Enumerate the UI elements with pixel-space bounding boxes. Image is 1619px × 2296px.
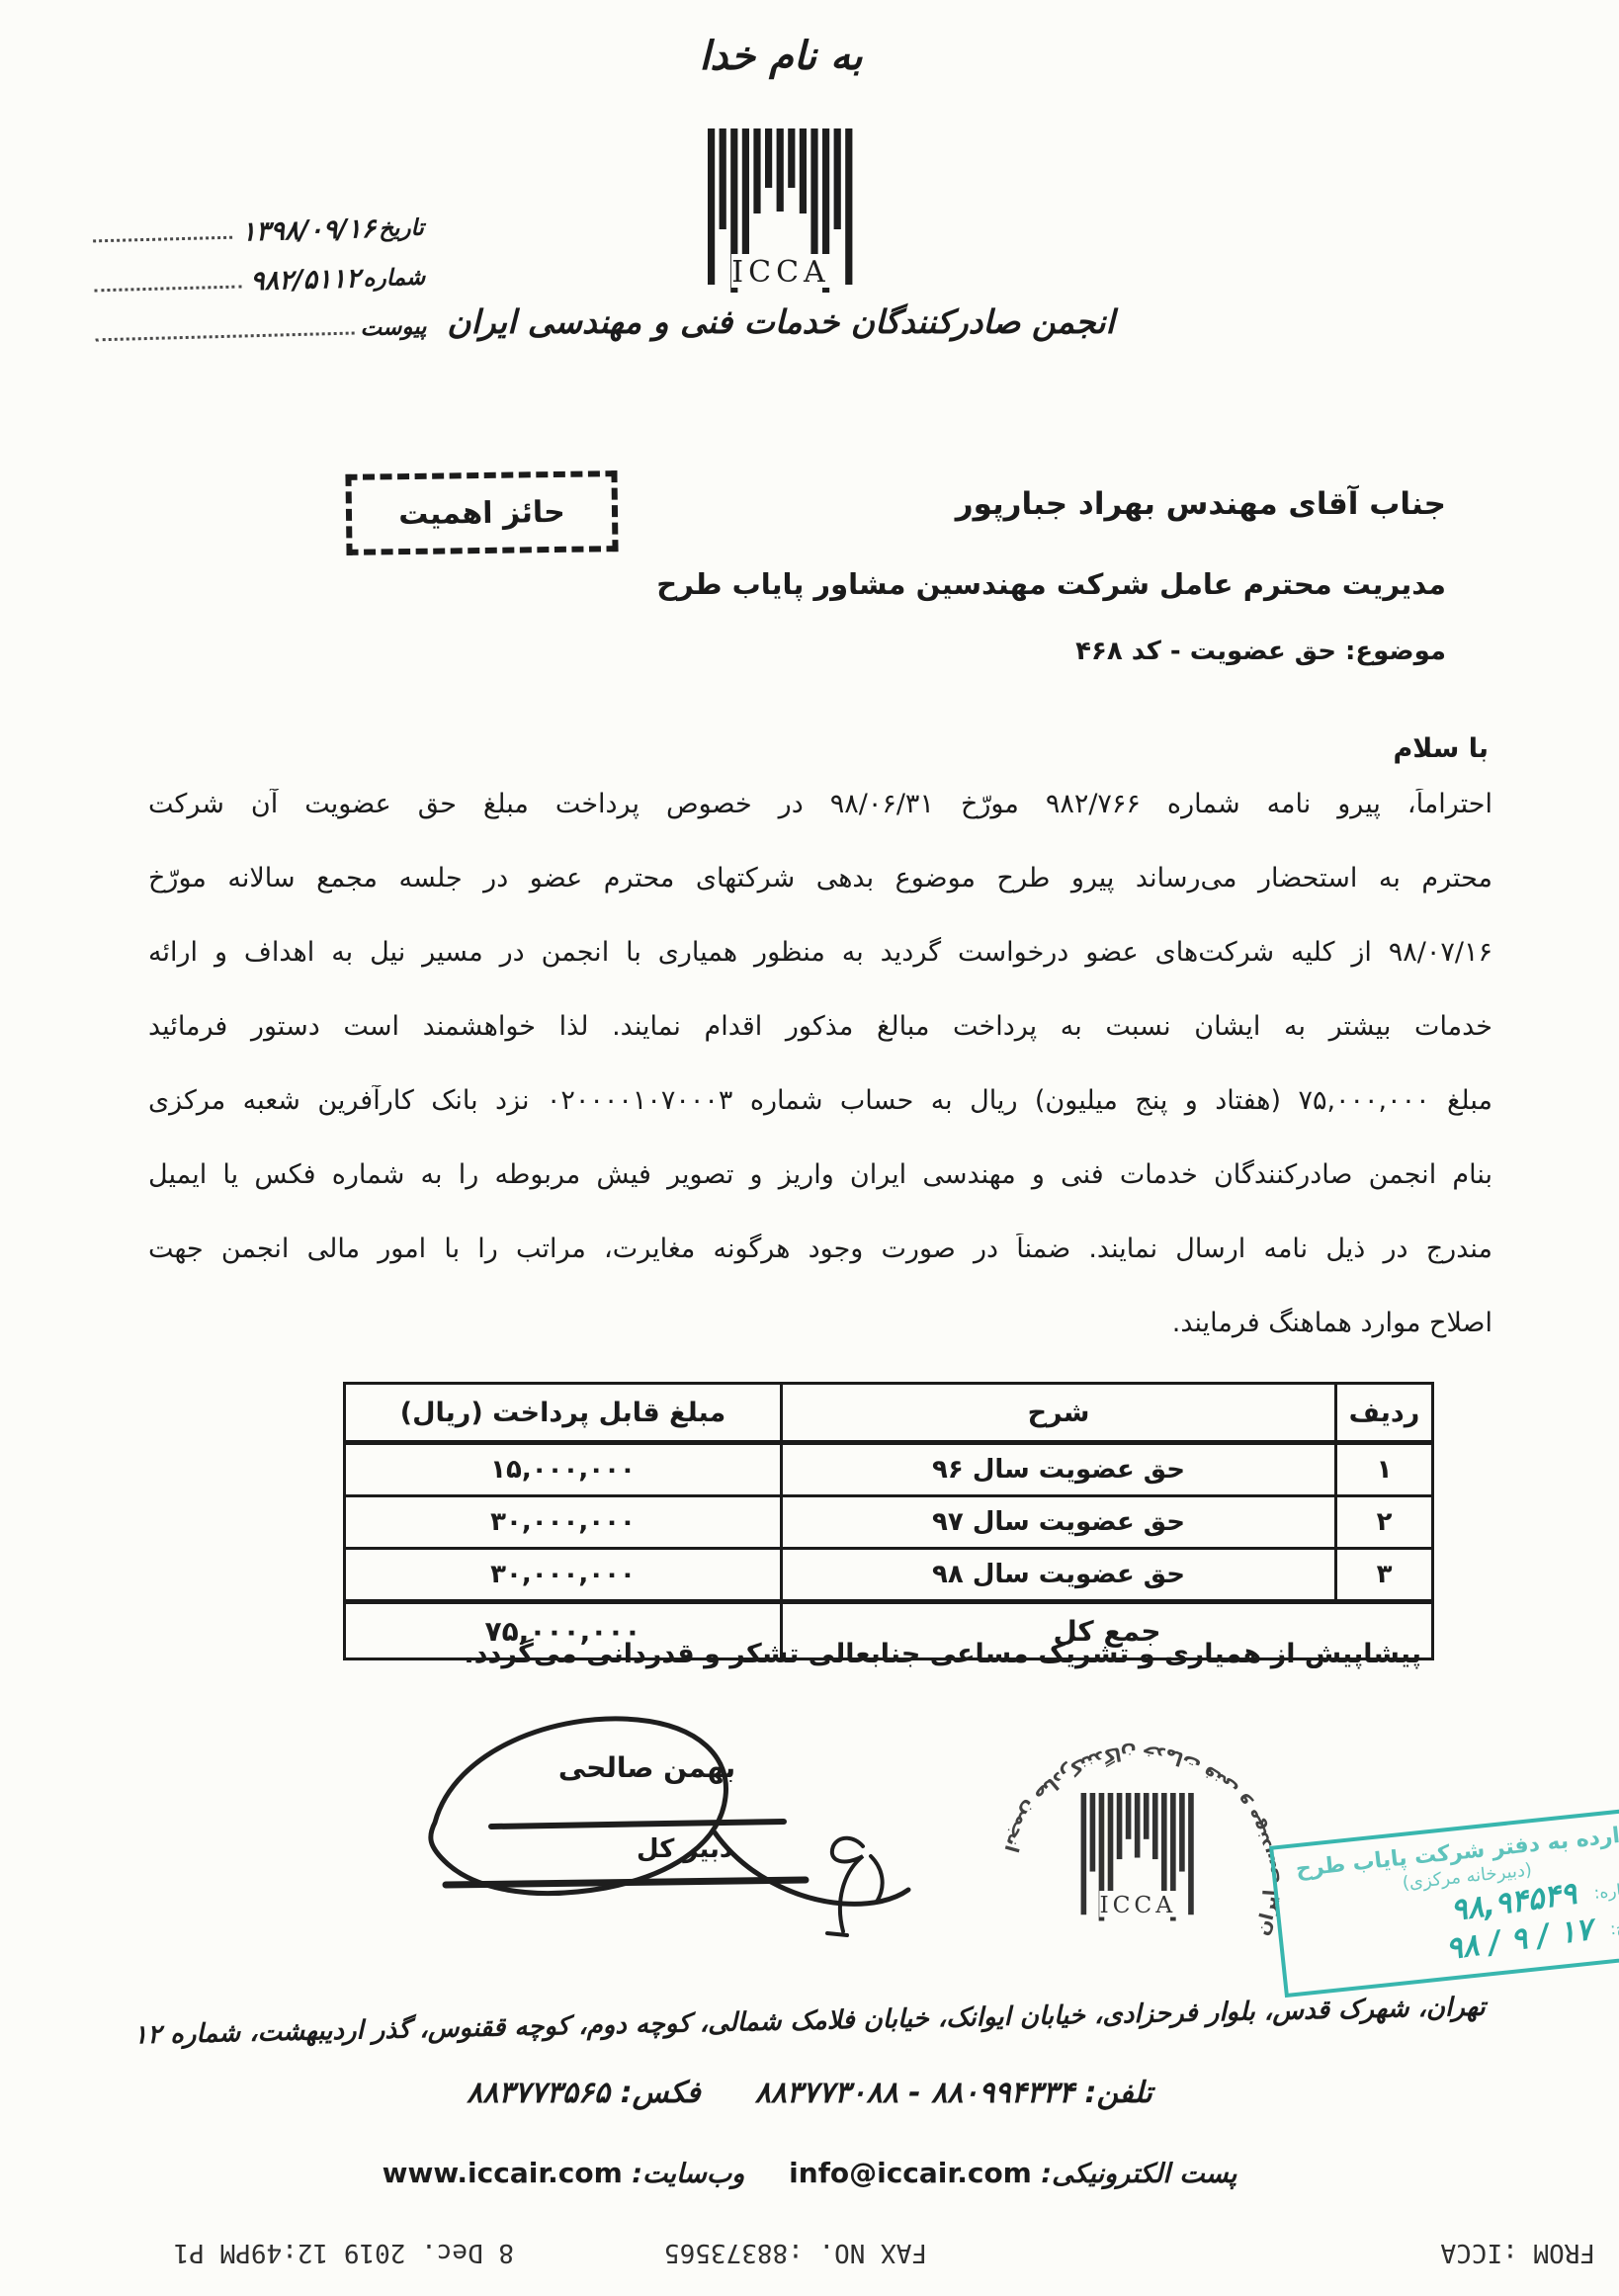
icca-logo: ICCA (706, 128, 856, 298)
website-url: www.iccair.com (383, 2157, 623, 2189)
stamp-date-label: تاریخ: (1609, 1915, 1619, 1939)
fax-number-text: FAX NO. :88373565 (664, 2238, 927, 2267)
cell-description: حق عضویت سال ۹۷ (782, 1496, 1336, 1549)
email-address: info@iccair.com (789, 2157, 1032, 2189)
body-line: ۹۸/۰۷/۱۶ از کلیه شرکت‌های عضو درخواست گر… (148, 937, 1492, 1011)
body-line: محترم به استحضار می‌رساند پیرو طرح موضوع… (148, 863, 1492, 937)
dotted-leader (96, 332, 355, 342)
footer-phone-line: تلفن: ۸۸۰۹۹۴۳۳۴ - ۸۸۳۷۷۳۰۸۸ فکس: ۸۸۳۷۷۳۵… (0, 2076, 1619, 2110)
fax-datetime-text: 8 Dec. 2019 12:49PM P1 (174, 2238, 514, 2267)
table-row: ۱ حق عضویت سال ۹۶ ۱۵,۰۰۰,۰۰۰ (345, 1443, 1433, 1496)
cell-row-no: ۱ (1336, 1443, 1433, 1496)
body-line: احتراماً، پیرو نامه شماره ۹۸۲/۷۶۶ مورّخ … (148, 789, 1492, 863)
closing-line: پیشاپیش از همیاری و تشریک مساعی جنابعالی… (464, 1639, 1421, 1669)
phone-numbers: ۸۸۰۹۹۴۳۳۴ - ۸۸۳۷۷۳۰۸۸ (755, 2076, 1074, 2110)
dotted-leader (94, 285, 241, 292)
subject-line: موضوع: حق عضویت - کد ۴۶۸ (656, 637, 1446, 666)
icca-logo-wordmark: ICCA (731, 255, 829, 290)
header-amount: مبلغ قابل پرداخت (ریال) (345, 1384, 782, 1443)
bismillah-calligraphy: به نام خدا (0, 34, 1562, 79)
table-row: ۳ حق عضویت سال ۹۸ ۳۰,۰۰۰,۰۰۰ (345, 1549, 1433, 1602)
footer-address: تهران، شهرک قدس، بلوار فرحزادی، خیابان ا… (59, 1991, 1560, 2052)
cell-amount: ۱۵,۰۰۰,۰۰۰ (345, 1443, 782, 1496)
header-row-no: ردیف (1336, 1384, 1433, 1443)
body-line: مندرج در ذیل نامه ارسال نمایند. ضمناً در… (148, 1233, 1492, 1308)
fax-number: ۸۸۳۷۷۳۵۶۵ (467, 2076, 610, 2110)
number-label: شماره (363, 265, 425, 293)
received-stamp: وارده به دفتر شرکت پایاب طرح (دبیرخانه م… (1269, 1806, 1619, 1998)
cell-amount: ۳۰,۰۰۰,۰۰۰ (345, 1549, 782, 1602)
letter-number-value: ۹۸۲/۵۱۱۲ (247, 263, 364, 297)
cell-row-no: ۳ (1336, 1549, 1433, 1602)
attachment-label: پیوست (360, 314, 427, 342)
signatory-title: دبیر کل (637, 1834, 732, 1864)
cell-amount: ۳۰,۰۰۰,۰۰۰ (345, 1496, 782, 1549)
ref-date-line: ۱۳۹۸/۰۹/۱۶ تاریخ (92, 194, 424, 252)
dotted-leader (93, 236, 233, 243)
scanned-letter-page: به نام خدا ICCA انجمن صادرکنندگان خدمات … (0, 0, 1619, 2296)
ref-attachment-line: پیوست (95, 293, 427, 351)
fax-transmission-strip: FROM :ICCA FAX NO. :88373565 8 Dec. 2019… (0, 2222, 1619, 2277)
fax-from-text: FROM :ICCA (1440, 2238, 1595, 2267)
body-line: بنام انجمن صادرکنندگان خدمات فنی و مهندس… (148, 1159, 1492, 1233)
handwritten-signature (381, 1706, 919, 1943)
reference-block: ۱۳۹۸/۰۹/۱۶ تاریخ ۹۸۲/۵۱۱۲ شماره پیوست (92, 194, 427, 351)
membership-fee-table: ردیف شرح مبلغ قابل پرداخت (ریال) ۱ حق عض… (343, 1382, 1434, 1660)
table-header-row: ردیف شرح مبلغ قابل پرداخت (ریال) (345, 1384, 1433, 1443)
stamp-number-label: شماره: (1593, 1879, 1619, 1904)
signatory-name: بهمن صالحی (546, 1751, 748, 1784)
header-description: شرح (782, 1384, 1336, 1443)
body-line: مبلغ ۷۵,۰۰۰,۰۰۰ (هفتاد و پنج میلیون) ریا… (148, 1085, 1492, 1159)
cell-row-no: ۲ (1336, 1496, 1433, 1549)
body-line: خدمات بیشتر به ایشان نسبت به پرداخت مبال… (148, 1011, 1492, 1085)
recipient-block: جناب آقای مهندس بهراد جبارپور مدیریت محت… (656, 486, 1446, 666)
cell-description: حق عضویت سال ۹۶ (782, 1443, 1336, 1496)
cell-description: حق عضویت سال ۹۸ (782, 1549, 1336, 1602)
salutation: با سلام (1393, 733, 1489, 764)
importance-stamp: حائز اهمیت (345, 470, 618, 555)
ref-number-line: ۹۸۲/۵۱۱۲ شماره (93, 243, 425, 301)
footer-contact-line: پست الکترونیکی: info@iccair.com وب‌سایت:… (0, 2157, 1619, 2189)
fax-label: فکس: (621, 2076, 701, 2110)
importance-stamp-label: حائز اهمیت (398, 494, 565, 531)
association-seal: انجمن صادرکنندگان خدمات فنی و مهندسی ایر… (974, 1716, 1302, 2004)
email-label: پست الکترونیکی: (1041, 2159, 1236, 2189)
date-label: تاریخ (379, 215, 424, 242)
recipient-name: جناب آقای مهندس بهراد جبارپور (656, 486, 1446, 522)
recipient-title: مدیریت محترم عامل شرکت مهندسین مشاور پای… (656, 567, 1446, 601)
org-name-calligraphy: انجمن صادرکنندگان خدمات فنی و مهندسی ایر… (356, 302, 1206, 341)
icca-logo-bars: ICCA (708, 128, 852, 293)
letter-date-value: ۱۳۹۸/۰۹/۱۶ (238, 213, 380, 248)
table-row: ۲ حق عضویت سال ۹۷ ۳۰,۰۰۰,۰۰۰ (345, 1496, 1433, 1549)
letter-body: احتراماً، پیرو نامه شماره ۹۸۲/۷۶۶ مورّخ … (148, 789, 1492, 1382)
website-label: وب‌سایت: (632, 2159, 744, 2189)
phone-label: تلفن: (1085, 2076, 1152, 2110)
body-line: اصلاح موارد هماهنگ فرمایند. (148, 1308, 1492, 1382)
